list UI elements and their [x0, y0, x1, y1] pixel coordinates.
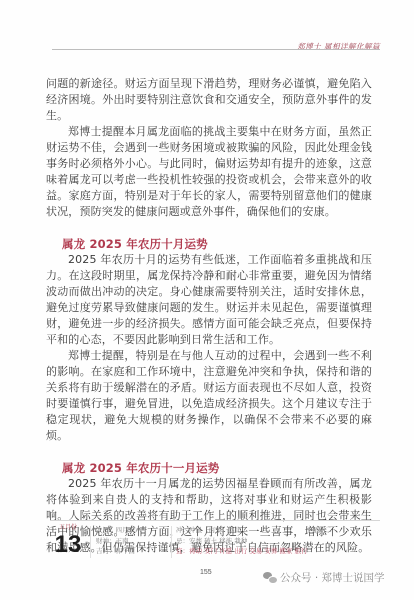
footer-rule [50, 520, 380, 521]
calendar-divider [171, 526, 172, 558]
wechat-icon [263, 572, 277, 584]
calendar-date: 五月份 13 [50, 524, 86, 558]
paragraph: 郑博士提醒本月属龙面临的挑战主要集中在财务方面，虽然正财运势不佳，会遇到一些财务… [46, 124, 372, 220]
clash-info: 冲：冲鼠（丙子）煞北 [176, 525, 307, 536]
almanac-calendar: 五月份 13 农历：四月十六 财神：正南 吉时：卯午酉 冲：冲鼠（丙子）煞北 忌… [50, 524, 380, 560]
running-head: 郑博士 属相详解化解篇 [297, 41, 380, 52]
paragraph: 2025 年农历十月的运势有些低迷，工作面临着多重挑战和压力。在这段时期里，属龙… [46, 252, 372, 348]
wealth-god-direction: 财神：正南 [96, 536, 142, 547]
paragraph: 问题的新途径。财运方面呈现下滑趋势，理财务必谨慎，避免陷入经济困境。外出时要特别… [46, 76, 372, 124]
avoid-info: 忌：安葬 破土 移徙 栽种 [176, 536, 307, 547]
page-number: 155 [200, 569, 212, 576]
suitable-info: 宜：祷动 安门 许愿 出行 交易 安葬 搬家 旅行 [176, 546, 307, 557]
calendar-info-left: 农历：四月十六 财神：正南 吉时：卯午酉 [96, 525, 142, 557]
section-title-october: 属龙 2025 年农历十月运势 [46, 236, 372, 252]
calendar-info-right: 冲：冲鼠（丙子）煞北 忌：安葬 破土 移徙 栽种 宜：祷动 安门 许愿 出行 交… [176, 525, 307, 557]
weekday: 星期二 [312, 525, 332, 536]
page-content: 问题的新途径。财运方面呈现下滑趋势，理财务必谨慎，避免陷入经济困境。外出时要特别… [46, 76, 372, 556]
calendar-divider [90, 526, 91, 558]
calendar-day: 13 [50, 532, 86, 558]
watermark-text: 公众号 · 郑博士说国学 [280, 570, 385, 585]
header-rule [52, 49, 380, 50]
section-title-november: 属龙 2025 年农历十一月运势 [46, 460, 372, 476]
lunar-date: 农历：四月十六 [96, 525, 142, 536]
book-page: 郑博士 属相详解化解篇 问题的新途径。财运方面呈现下滑趋势，理财务必谨慎，避免陷… [0, 0, 414, 600]
paragraph: 郑博士提醒，特别是在与他人互动的过程中，会遇到一些不利的影响。在家庭和工作环境中… [46, 348, 372, 444]
watermark: 公众号 · 郑博士说国学 [263, 570, 385, 585]
lucky-hours: 吉时：卯午酉 [96, 546, 142, 557]
